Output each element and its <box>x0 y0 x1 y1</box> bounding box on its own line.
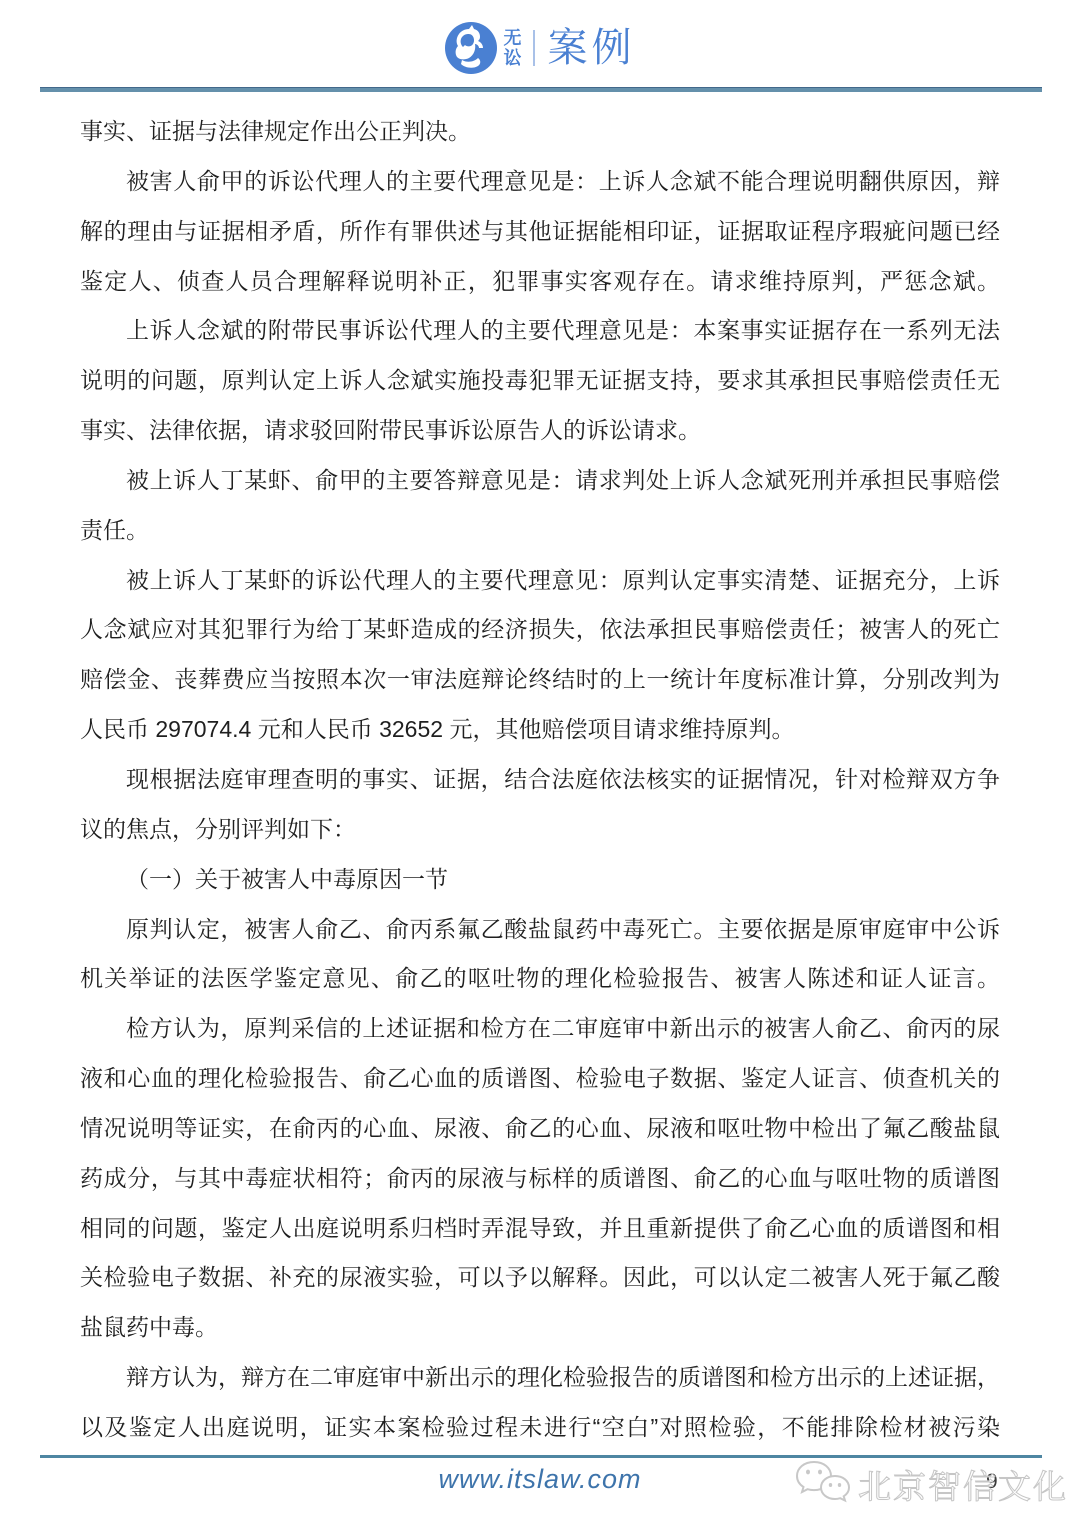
logo-brand-small: 无 讼 <box>504 28 522 68</box>
document-line: 赔偿金、丧葬费应当按照本次一审法庭辩论终结时的上一统计年度标准计算，分别改判为 <box>80 655 1000 705</box>
logo-brand-main: 案例 <box>548 22 636 74</box>
document-line: 盐鼠药中毒。 <box>80 1303 1000 1353</box>
document-line: 被害人俞甲的诉讼代理人的主要代理意见是：上诉人念斌不能合理说明翻供原因，辩 <box>80 157 1000 207</box>
document-line: 现根据法庭审理查明的事实、证据，结合法庭依法核实的证据情况，针对检辩双方争 <box>80 755 1000 805</box>
document-line: 辩方认为，辩方在二审庭审中新出示的理化检验报告的质谱图和检方出示的上述证据， <box>80 1353 1000 1403</box>
document-line: 被上诉人丁某虾的诉讼代理人的主要代理意见：原判认定事实清楚、证据充分，上诉 <box>80 556 1000 606</box>
header-rule <box>40 87 1042 92</box>
document-line: 情况说明等证实，在俞丙的心血、尿液、俞乙的心血、尿液和呕吐物中检出了氟乙酸盐鼠 <box>80 1104 1000 1154</box>
document-line: 原判认定，被害人俞乙、俞丙系氟乙酸盐鼠药中毒死亡。主要依据是原审庭审中公诉 <box>80 905 1000 955</box>
document-line: 解的理由与证据相矛盾，所作有罪供述与其他证据能相印证，证据取证程序瑕疵问题已经 <box>80 207 1000 257</box>
document-line: 以及鉴定人出庭说明，证实本案检验过程未进行“空白”对照检验，不能排除检材被污染 <box>80 1403 1000 1453</box>
document-line: 事实、法律依据，请求驳回附带民事诉讼原告人的诉讼请求。 <box>80 406 1000 456</box>
logo-divider <box>533 30 535 66</box>
document-line: 关检验电子数据、补充的尿液实验，可以予以解释。因此，可以认定二被害人死于氟乙酸 <box>80 1253 1000 1303</box>
wechat-icon <box>794 1459 852 1509</box>
site-logo: 无 讼 案例 <box>0 18 1080 78</box>
document-line: 责任。 <box>80 506 1000 556</box>
document-line: 相同的问题，鉴定人出庭说明系归档时弄混导致，并且重新提供了俞乙心血的质谱图和相 <box>80 1204 1000 1254</box>
document-page: { "header": { "logo": { "brand_small_top… <box>0 0 1080 1529</box>
document-line: 议的焦点，分别评判如下： <box>80 805 1000 855</box>
document-line: 机关举证的法医学鉴定意见、俞乙的呕吐物的理化检验报告、被害人陈述和证人证言。 <box>80 954 1000 1004</box>
watermark-text: 北京智信文化 <box>858 1461 1068 1508</box>
document-line: 药成分，与其中毒症状相符；俞丙的尿液与标样的质谱图、俞乙的心血与呕吐物的质谱图 <box>80 1154 1000 1204</box>
document-line: 人念斌应对其犯罪行为给丁某虾造成的经济损失，依法承担民事赔偿责任；被害人的死亡 <box>80 605 1000 655</box>
publisher-watermark: 北京智信文化 <box>794 1458 1068 1510</box>
logo-brand-small-bottom: 讼 <box>504 48 522 68</box>
document-line: 液和心血的理化检验报告、俞乙心血的质谱图、检验电子数据、鉴定人证言、侦查机关的 <box>80 1054 1000 1104</box>
document-line: 鉴定人、侦查人员合理解释说明补正，犯罪事实客观存在。请求维持原判，严惩念斌。 <box>80 257 1000 307</box>
document-section-heading: （一）关于被害人中毒原因一节 <box>80 855 1000 905</box>
document-line: 说明的问题，原判认定上诉人念斌实施投毒犯罪无证据支持，要求其承担民事赔偿责任无 <box>80 356 1000 406</box>
document-line: 事实、证据与法律规定作出公正判决。 <box>80 107 1000 157</box>
logo-brand-small-top: 无 <box>504 28 522 48</box>
judgment-text: 事实、证据与法律规定作出公正判决。 被害人俞甲的诉讼代理人的主要代理意见是：上诉… <box>80 107 1000 1453</box>
wusong-horse-icon <box>445 22 497 74</box>
document-line: 被上诉人丁某虾、俞甲的主要答辩意见是：请求判处上诉人念斌死刑并承担民事赔偿 <box>80 456 1000 506</box>
document-line: 上诉人念斌的附带民事诉讼代理人的主要代理意见是：本案事实证据存在一系列无法 <box>80 306 1000 356</box>
document-line: 检方认为，原判采信的上述证据和检方在二审庭审中新出示的被害人俞乙、俞丙的尿 <box>80 1004 1000 1054</box>
document-line: 人民币 297074.4 元和人民币 32652 元，其他赔偿项目请求维持原判。 <box>80 705 1000 755</box>
